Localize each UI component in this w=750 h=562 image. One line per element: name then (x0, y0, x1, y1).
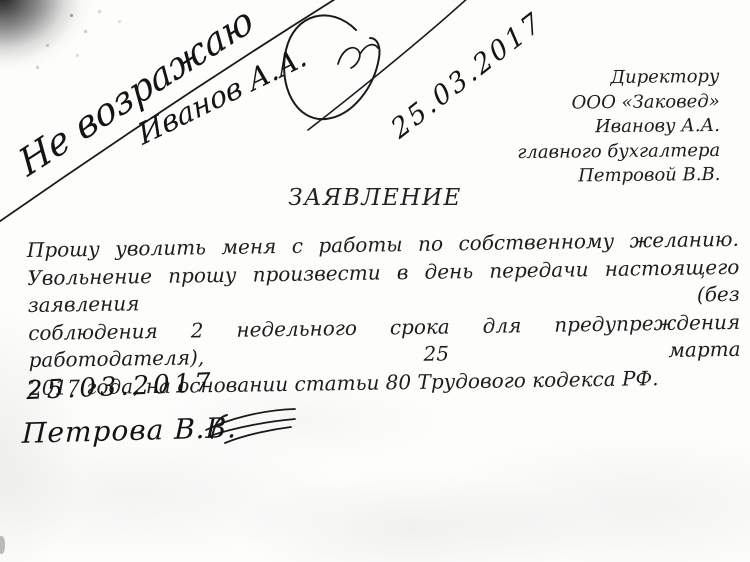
scanned-document: Не возражаю Иванов А.А. 25.03.2017 Дирек… (0, 0, 750, 562)
edge-speck (0, 536, 5, 554)
approver-signature-squiggle (338, 45, 378, 68)
addressee-line: Иванову А.А. (517, 114, 720, 141)
document-title: ЗАЯВЛЕНИЕ (30, 185, 720, 211)
signee-name: Петрова В.В. (22, 411, 238, 450)
addressee-block: Директору ООО «Заковед» Иванову А.А. гла… (516, 65, 720, 190)
addressee-line: ООО «Заковед» (517, 89, 720, 116)
addressee-line: Директору (516, 65, 719, 92)
addressee-line: главного бухгалтера (517, 138, 720, 165)
scan-speckles (70, 14, 73, 17)
